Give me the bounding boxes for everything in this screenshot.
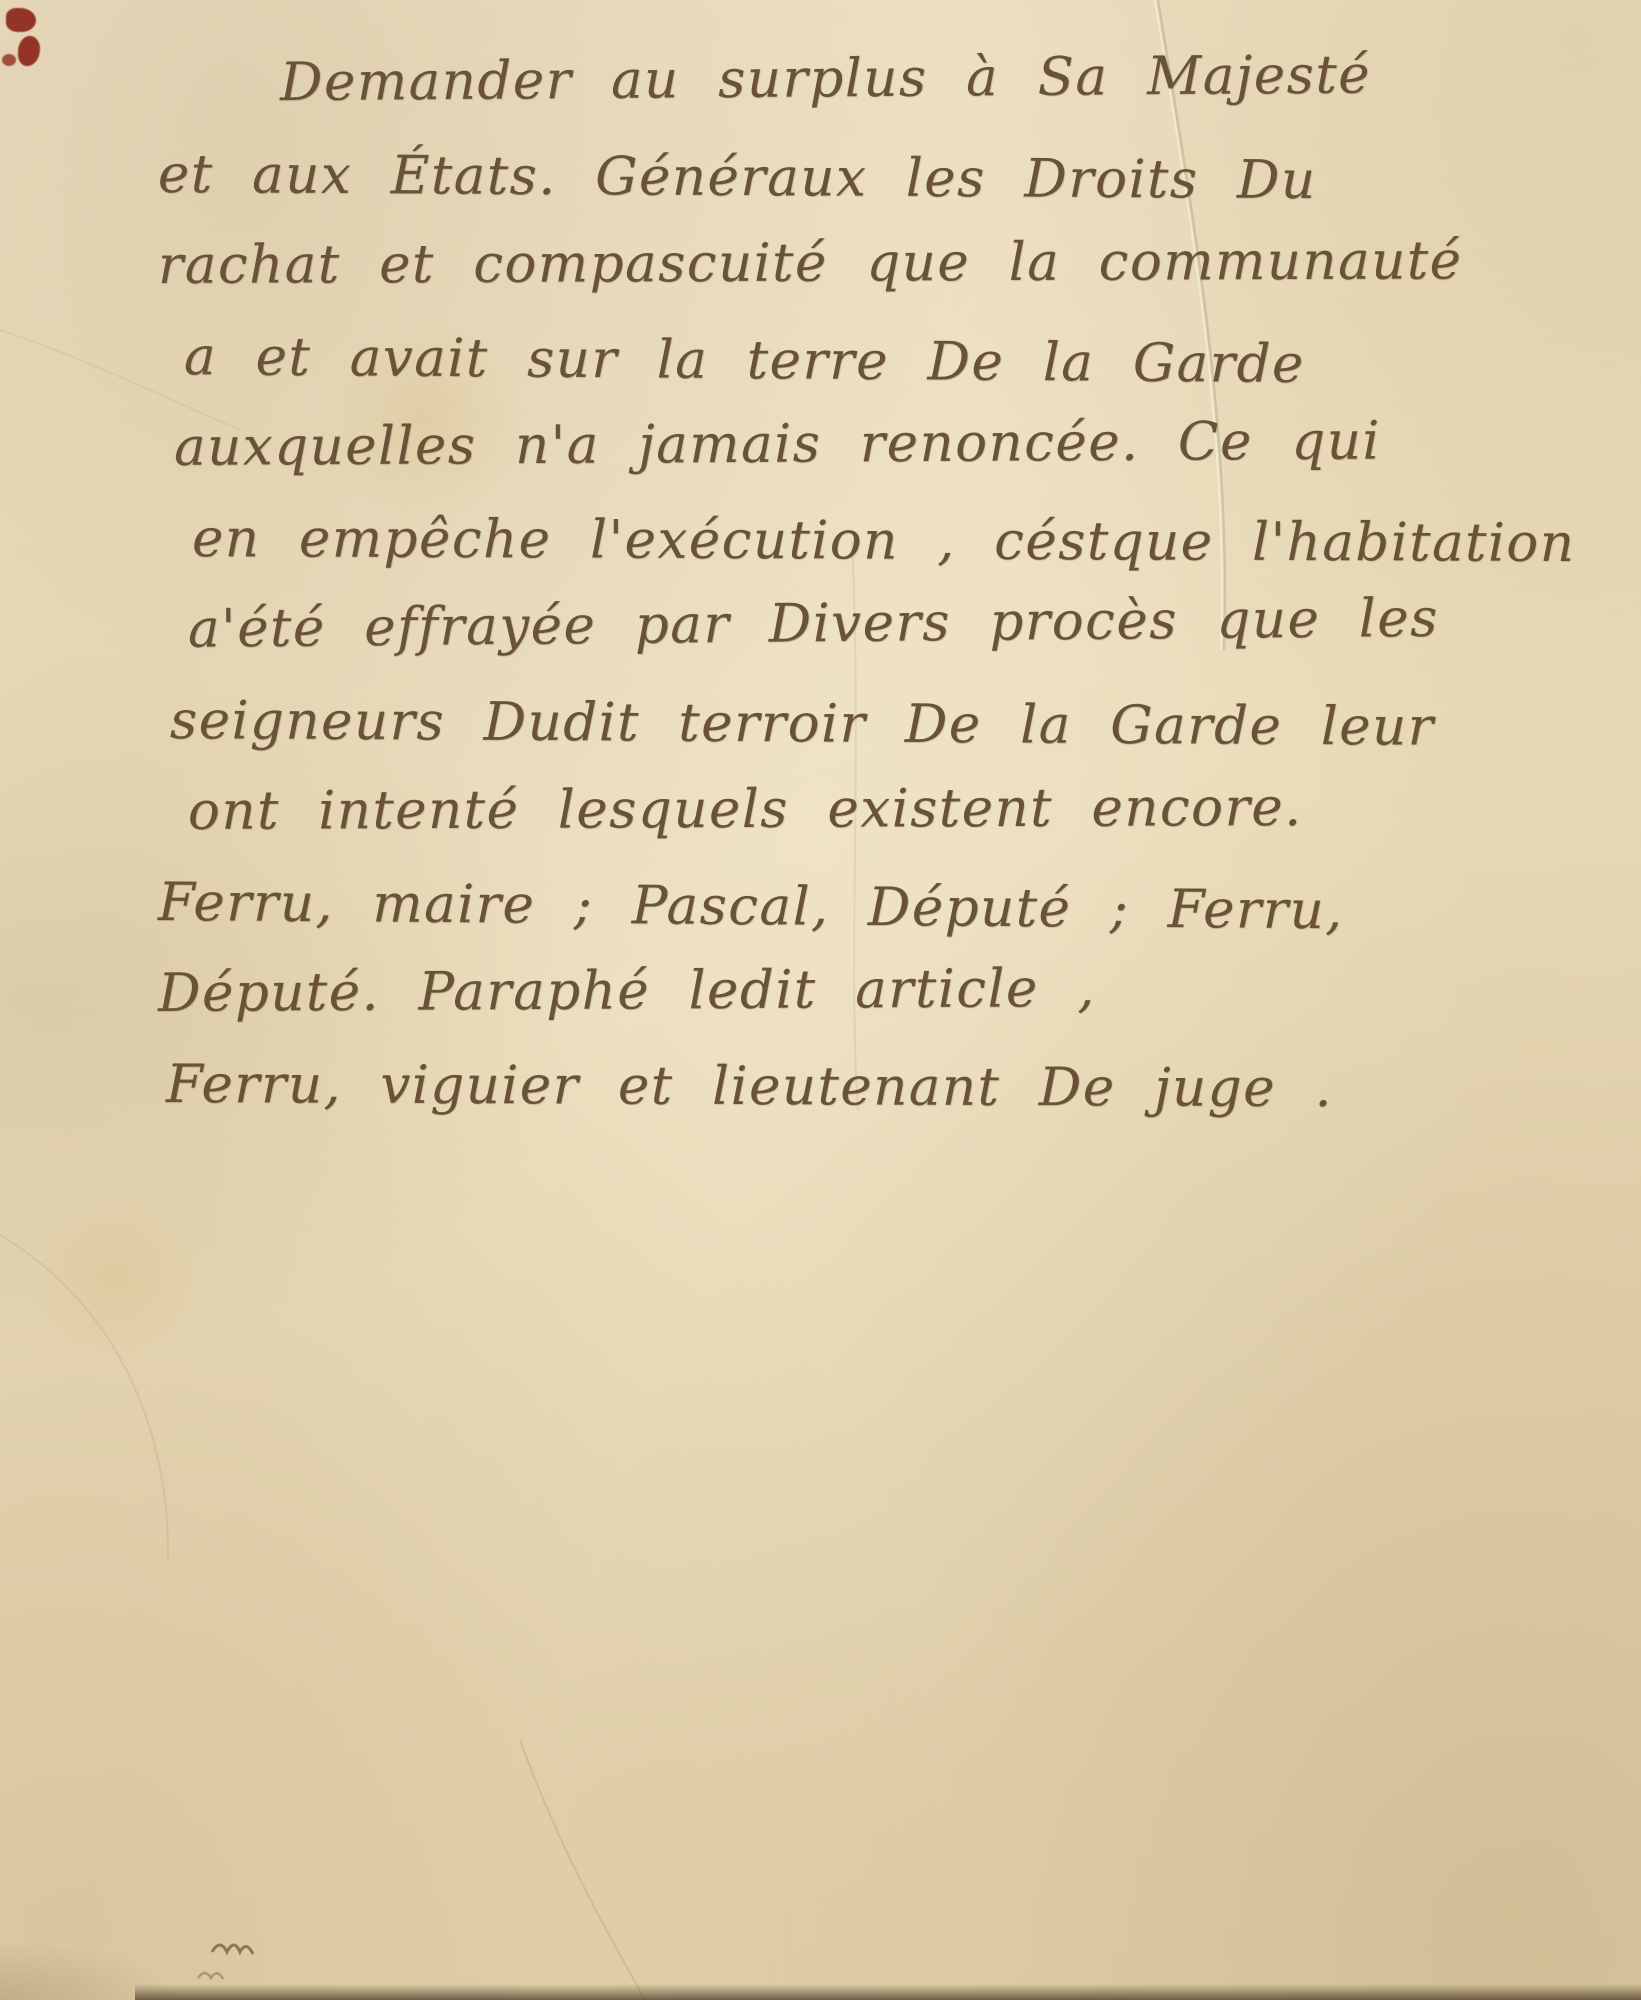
red-edge-mark [6,8,36,32]
manuscript-line-2: et aux États. Généraux les Droits Du [158,129,1621,228]
pencil-scribble [212,1945,253,1954]
bottom-corner-shade [0,1940,180,2000]
page-edge-shadow [135,1984,1641,2000]
manuscript-line-5: auxquelles n'a jamais renoncée. Ce qui [158,394,1621,493]
manuscript-line-1: Demander au surplus à Sa Majesté [158,28,1622,129]
red-edge-mark [18,36,40,66]
manuscript-line-3: rachat et compascuité que la communauté [158,215,1621,311]
manuscript-line-8: seigneurs Dudit terroir De la Garde leur [158,675,1621,774]
manuscript-page: Demander au surplus à Sa Majesté et aux … [0,0,1641,2000]
crease-bottom-diagonal [520,1740,645,2000]
manuscript-line-7: a'été effrayée par Divers procès que les [158,571,1622,675]
manuscript-line-12: Ferru, viguier et lieutenant De juge . [158,1039,1621,1135]
pencil-scribble-faint [198,1973,223,1979]
manuscript-line-9: ont intenté lesquels existent encore. [158,761,1621,857]
crease-left-diagonal [0,1235,168,1560]
red-edge-mark [2,54,16,66]
manuscript-line-11: Député. Paraphé ledit article , [158,940,1621,1039]
manuscript-text: Demander au surplus à Sa Majesté et aux … [158,38,1621,1130]
